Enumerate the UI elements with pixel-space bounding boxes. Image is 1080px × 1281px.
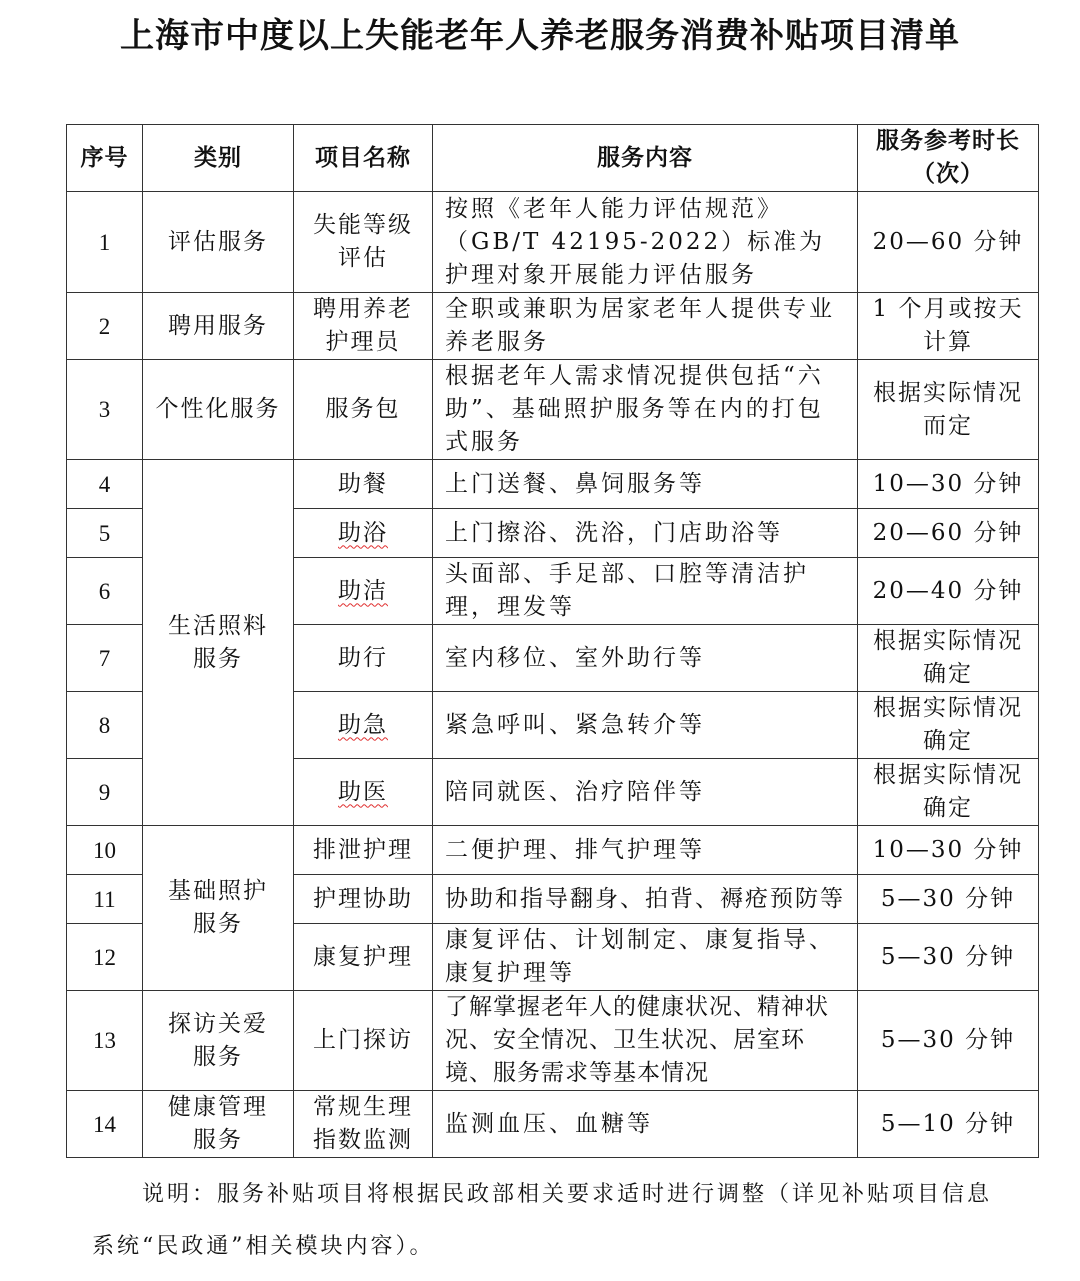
note-text-line-2: 系统“民政通”相关模块内容）。	[92, 1232, 1032, 1262]
row-item: 康复护理	[294, 924, 433, 991]
table-row: 13 探访关爱服务 上门探访 了解掌握老年人的健康状况、精神状况、安全情况、卫生…	[67, 991, 1039, 1091]
row-category-merged: 基础照护服务	[143, 826, 294, 991]
row-duration: 根据实际情况确定	[858, 692, 1039, 759]
note-text-line-1: 说明：服务补贴项目将根据民政部相关要求适时进行调整（详见补贴项目信息	[92, 1180, 1032, 1210]
row-content: 紧急呼叫、紧急转介等	[433, 692, 858, 759]
row-item: 助浴	[294, 509, 433, 558]
row-no: 4	[67, 460, 143, 509]
header-item: 项目名称	[294, 125, 433, 192]
row-category: 个性化服务	[143, 360, 294, 460]
table-row: 1 评估服务 失能等级评估 按照《老年人能力评估规范》（GB/T 42195-2…	[67, 192, 1039, 293]
row-category: 健康管理服务	[143, 1091, 294, 1158]
table-row: 4 生活照料服务 助餐 上门送餐、鼻饲服务等 10—30 分钟	[67, 460, 1039, 509]
row-no: 11	[67, 875, 143, 924]
row-no: 10	[67, 826, 143, 875]
row-no: 9	[67, 759, 143, 826]
row-item: 助餐	[294, 460, 433, 509]
row-content: 按照《老年人能力评估规范》（GB/T 42195-2022）标准为护理对象开展能…	[433, 192, 858, 293]
row-content: 室内移位、室外助行等	[433, 625, 858, 692]
row-duration: 1 个月或按天计算	[858, 293, 1039, 360]
row-duration: 5—30 分钟	[858, 924, 1039, 991]
row-no: 12	[67, 924, 143, 991]
table-row: 10 基础照护服务 排泄护理 二便护理、排气护理等 10—30 分钟	[67, 826, 1039, 875]
row-duration: 根据实际情况确定	[858, 625, 1039, 692]
row-content: 康复评估、计划制定、康复指导、康复护理等	[433, 924, 858, 991]
row-content: 头面部、手足部、口腔等清洁护理，理发等	[433, 558, 858, 625]
row-item: 失能等级评估	[294, 192, 433, 293]
row-item: 护理协助	[294, 875, 433, 924]
subsidy-items-table: 序号 类别 项目名称 服务内容 服务参考时长 （次） 1 评估服务 失能等级评估…	[66, 124, 1039, 1158]
row-no: 3	[67, 360, 143, 460]
row-item: 聘用养老护理员	[294, 293, 433, 360]
row-item: 助医	[294, 759, 433, 826]
row-no: 13	[67, 991, 143, 1091]
row-category: 聘用服务	[143, 293, 294, 360]
row-content: 根据老年人需求情况提供包括“六助”、基础照护服务等在内的打包式服务	[433, 360, 858, 460]
row-duration: 5—10 分钟	[858, 1091, 1039, 1158]
row-duration: 20—60 分钟	[858, 509, 1039, 558]
page-title: 上海市中度以上失能老年人养老服务消费补贴项目清单	[0, 12, 1080, 60]
row-duration: 根据实际情况而定	[858, 360, 1039, 460]
row-duration: 根据实际情况确定	[858, 759, 1039, 826]
row-item: 服务包	[294, 360, 433, 460]
row-content: 监测血压、血糖等	[433, 1091, 858, 1158]
header-content: 服务内容	[433, 125, 858, 192]
table-header-row: 序号 类别 项目名称 服务内容 服务参考时长 （次）	[67, 125, 1039, 192]
header-duration: 服务参考时长 （次）	[858, 125, 1039, 192]
table-row: 14 健康管理服务 常规生理指数监测 监测血压、血糖等 5—10 分钟	[67, 1091, 1039, 1158]
row-no: 2	[67, 293, 143, 360]
row-content: 协助和指导翻身、拍背、褥疮预防等	[433, 875, 858, 924]
row-duration: 10—30 分钟	[858, 460, 1039, 509]
row-no: 5	[67, 509, 143, 558]
row-duration: 5—30 分钟	[858, 875, 1039, 924]
row-no: 6	[67, 558, 143, 625]
header-category: 类别	[143, 125, 294, 192]
row-duration: 10—30 分钟	[858, 826, 1039, 875]
row-duration: 20—40 分钟	[858, 558, 1039, 625]
row-item: 助洁	[294, 558, 433, 625]
row-duration: 5—30 分钟	[858, 991, 1039, 1091]
row-content: 二便护理、排气护理等	[433, 826, 858, 875]
row-no: 7	[67, 625, 143, 692]
row-content: 陪同就医、治疗陪伴等	[433, 759, 858, 826]
row-item: 常规生理指数监测	[294, 1091, 433, 1158]
table-row: 3 个性化服务 服务包 根据老年人需求情况提供包括“六助”、基础照护服务等在内的…	[67, 360, 1039, 460]
row-no: 1	[67, 192, 143, 293]
row-duration: 20—60 分钟	[858, 192, 1039, 293]
row-category: 探访关爱服务	[143, 991, 294, 1091]
row-content: 上门擦浴、洗浴，门店助浴等	[433, 509, 858, 558]
row-content: 全职或兼职为居家老年人提供专业养老服务	[433, 293, 858, 360]
row-item: 上门探访	[294, 991, 433, 1091]
row-category: 评估服务	[143, 192, 294, 293]
row-category-merged: 生活照料服务	[143, 460, 294, 826]
row-item: 排泄护理	[294, 826, 433, 875]
header-no: 序号	[67, 125, 143, 192]
row-item: 助急	[294, 692, 433, 759]
table-row: 2 聘用服务 聘用养老护理员 全职或兼职为居家老年人提供专业养老服务 1 个月或…	[67, 293, 1039, 360]
row-content: 上门送餐、鼻饲服务等	[433, 460, 858, 509]
row-item: 助行	[294, 625, 433, 692]
row-no: 14	[67, 1091, 143, 1158]
row-content: 了解掌握老年人的健康状况、精神状况、安全情况、卫生状况、居室环境、服务需求等基本…	[433, 991, 858, 1091]
row-no: 8	[67, 692, 143, 759]
